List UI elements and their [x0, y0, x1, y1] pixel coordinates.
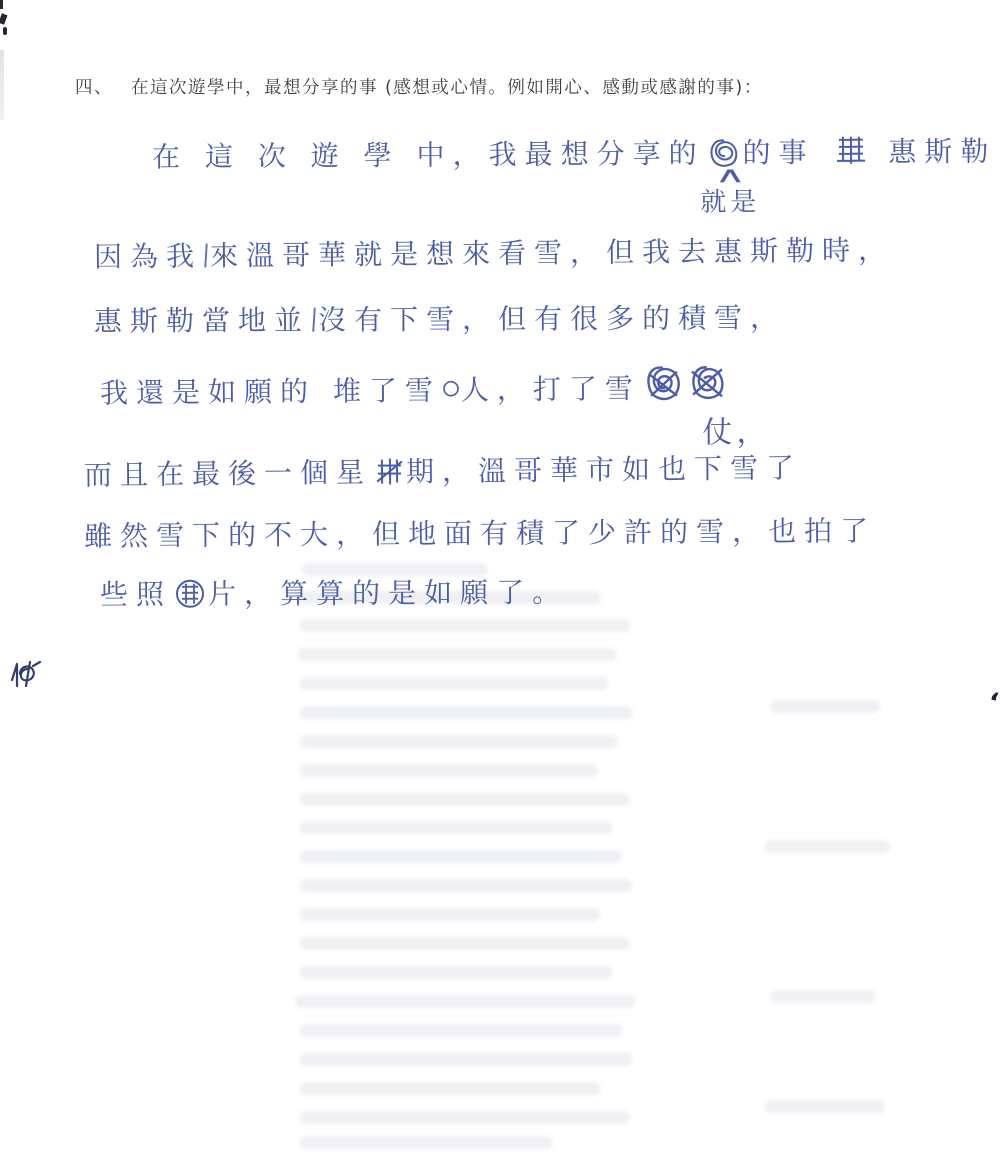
handwritten-line-1: 在 這 次 遊 學 中，我最想分享的的事 惠斯勒 一日遊了 ∧就是: [152, 128, 1001, 175]
right-edge-ink-mark: ʻ: [985, 687, 1001, 718]
handwritten-line-4: 我還是如願的 堆了雪人，打了雪 仗，: [100, 363, 729, 411]
hw-text: 雖然雪下的不大，但地面有積了少許的雪，也拍了: [84, 509, 876, 555]
insertion-correction: ∧就是: [700, 169, 760, 218]
hw-text: 期，溫哥華市如也下雪了: [406, 446, 802, 490]
bleed-through-row: [300, 764, 598, 777]
hw-text: 片，算算的是如願了。: [208, 571, 568, 613]
bleed-through-row: [300, 793, 630, 806]
bleed-through-row: [770, 990, 875, 1003]
question-number: 四、: [75, 78, 113, 98]
bleed-through-row: [300, 1136, 552, 1149]
hw-text: 惠斯勒當地並: [94, 299, 310, 340]
insertion-caret: ∧: [664, 169, 796, 181]
handwritten-line-3: 惠斯勒當地並沒有下雪，但有很多的積雪，: [94, 296, 786, 340]
scan-speck: [0, 0, 3, 9]
hw-text: 我還是如願的 堆了雪: [100, 369, 441, 412]
handwritten-line-6: 雖然雪下的不大，但地面有積了少許的雪，也拍了: [84, 509, 876, 555]
bleed-through-row: [300, 677, 608, 690]
bleed-through-row: [765, 1100, 885, 1113]
bleed-through-row: [300, 966, 612, 979]
question-text: 在這次遊學中，最想分享的事 (感想或心情。例如開心、感動或感謝的事)：: [131, 78, 763, 98]
bleed-through-row: [300, 821, 612, 834]
bleed-through-row: [300, 1024, 622, 1037]
handwritten-line-7: 些照片，算算的是如願了。: [100, 571, 568, 613]
bleed-through-row: [300, 735, 618, 748]
hw-text: 因為我: [94, 235, 202, 276]
bleed-through-row: [298, 648, 616, 661]
hw-text: 些照: [100, 573, 172, 613]
insertion-correction: 仗，: [702, 407, 770, 452]
printed-question: 四、在這次遊學中，最想分享的事 (感想或心情。例如開心、感動或感謝的事)：: [75, 74, 763, 99]
crossed-out-scribble: [833, 134, 869, 168]
bleed-through-row: [300, 1111, 630, 1124]
crossed-out-scribble: [174, 578, 206, 610]
hw-text: 在 這 次 遊 學 中，我最想分享的: [152, 132, 705, 176]
bleed-through-row: [300, 937, 630, 950]
scan-speck: [0, 13, 8, 24]
crossed-out-scribble: [687, 363, 727, 403]
hw-text: 惠斯勒 一日: [888, 129, 1001, 170]
margin-ink-scribble: [6, 652, 46, 704]
hw-text: 的事: [742, 131, 814, 172]
stray-ink-stroke: [204, 243, 207, 267]
small-circle-mark: [442, 380, 460, 398]
bleed-through-row: [770, 700, 880, 713]
insertion-text: 仗，: [702, 407, 770, 452]
hw-text: 沒有下雪，但有很多的積雪，: [318, 296, 786, 338]
bleed-through-row: [300, 706, 632, 719]
crossed-out-scribble: [643, 364, 683, 404]
handwritten-line-2: 因為我來溫哥華就是想來看雪，但我去惠斯勒時，: [94, 229, 894, 276]
scanned-page: 四、在這次遊學中，最想分享的事 (感想或心情。例如開心、感動或感謝的事)： 在 …: [0, 0, 1001, 1155]
bleed-through-row: [300, 619, 630, 632]
scan-edge-smudge: [0, 50, 4, 120]
bleed-through-row: [300, 908, 600, 921]
stray-ink-stroke: [312, 308, 316, 332]
crossed-out-scribble: [374, 455, 404, 487]
handwritten-line-5: 而且在最後一個星期，溫哥華市如也下雪了: [84, 446, 802, 494]
hw-text: 來溫哥華就是想來看雪，但我去惠斯勒時，: [210, 229, 894, 275]
bleed-through-row: [300, 850, 622, 863]
hw-text: 人，打了雪: [461, 367, 641, 409]
hw-text: 而且在最後一個星: [84, 451, 372, 494]
scan-speck: [3, 27, 7, 35]
bleed-through-row: [300, 879, 632, 892]
bleed-through-row: [765, 840, 890, 853]
bleed-through-row: [300, 1082, 600, 1095]
bleed-through-row: [300, 1053, 632, 1066]
bleed-through-row: [295, 995, 635, 1008]
